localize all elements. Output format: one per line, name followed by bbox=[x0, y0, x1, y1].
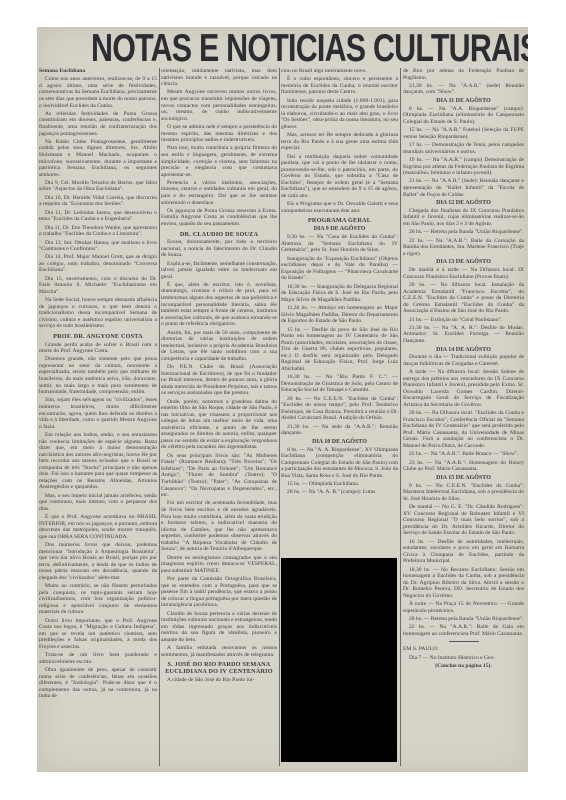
paragraph: Para isso, muito contribuía a própria fi… bbox=[161, 145, 277, 178]
paragraph: É que, além de escritor, isto é, novelis… bbox=[161, 282, 277, 328]
section-heading: PROF. DR. ANGYONE COSTA bbox=[39, 333, 157, 340]
paragraph: Pertencia a vários institutos, associaçõ… bbox=[161, 180, 277, 206]
paragraph: Assim, foi, por mais de 50 anos, compone… bbox=[161, 330, 277, 363]
paragraph: Explica-se, fàcilmente, semelhante const… bbox=[161, 261, 277, 281]
paragraph: Chegada dos finalistas do IX Concurso Pi… bbox=[403, 208, 524, 228]
paragraph: de Box por atletas da Federação Paulista… bbox=[403, 68, 524, 81]
paragraph: Obra igualmente de peso, apesar de consi… bbox=[39, 667, 157, 700]
paragraph: Na Rádio Clube Pontagrossense, gentilmen… bbox=[39, 139, 157, 178]
paragraph: Como nos anos anteriores, realizou-se, d… bbox=[39, 76, 157, 109]
paragraph: 20 hs. — No C.E.E.N. "Euclides da Cunha"… bbox=[281, 396, 398, 422]
paragraph: De manhã e à tarde — Na Difusora local: … bbox=[403, 267, 524, 280]
paragraph: Dia 11, Dr. Eno Theodoro Wanke, que apre… bbox=[39, 225, 157, 238]
section-lead: Semana Euclidiana bbox=[39, 68, 157, 75]
day-heading: DIA 12 DE AGÔSTO bbox=[403, 200, 524, 207]
paragraph: 16,30 hs. — No "Rio Pardo F. C.": — Demo… bbox=[281, 374, 398, 394]
paragraph: Dia 13, Snr. Ottokar Hanna, que analisou… bbox=[39, 240, 157, 253]
paragraph: Trata-se de um livro bem ponderado e adm… bbox=[39, 652, 157, 665]
paragraph: 19 hs. — Na "A.A.R." (campo) Demonstraçã… bbox=[403, 157, 524, 177]
paragraph: Onde, porém, notarmos a grandeza dalma d… bbox=[161, 399, 277, 451]
paragraph: Mas, o seu ímpeto inicial jamais arrefec… bbox=[39, 493, 157, 513]
paragraph: Dos inúmeros livros que deixou, podemos … bbox=[39, 542, 157, 581]
paragraph: Dia 15, encerramento, com o discurso do … bbox=[39, 276, 157, 296]
paragraph: 17 hs. — Demonstração de Tenis, pelos ca… bbox=[403, 142, 524, 155]
paragraph: 11,30 hs. — Almôço em homenagem ao Major… bbox=[281, 305, 398, 325]
column-4: de Box por atletas da Federação Paulista… bbox=[403, 68, 524, 768]
separator-rule bbox=[449, 641, 479, 642]
paragraph: 20 hs. — Na Difusora local. "Euclides da… bbox=[403, 410, 524, 449]
column-2: orientação, nitidamente nativista, mas d… bbox=[161, 68, 277, 768]
paragraph: Outro livro importante, que o Prof. Angy… bbox=[39, 618, 157, 651]
paragraph: Ecoou, dolorosamente, por todo o territó… bbox=[161, 239, 277, 259]
paragraph: Por parte da Comissão Ortográfica Brasil… bbox=[161, 576, 277, 609]
paragraph: Dentre os neologismos consagrados que o … bbox=[161, 555, 277, 575]
paragraph: 21,30 hs. — Na "A. A. R.": Desfile de Mo… bbox=[403, 325, 524, 345]
paragraph: 9,30 hs. — Na "Casa de Euclides da Cunha… bbox=[281, 234, 398, 254]
paragraph: 22 hs. — Na "A.A.R.": Baile da Coroação … bbox=[403, 238, 524, 258]
paragraph: 10,30 hs. — Inauguração da Delegacia Reg… bbox=[281, 284, 398, 304]
paragraph: 22 hs. — Na "A.A.R.": Baile de Gala em h… bbox=[403, 624, 524, 637]
paragraph: 15 hs. — Desfile do povo de São José do … bbox=[281, 327, 398, 373]
paragraph: 21,30 hs. — Na "A.A.R." (sede) Reunião d… bbox=[403, 83, 524, 96]
section-heading: S. JOSÉ DO RIO PARDO SEMANA EUCLIDIANA D… bbox=[161, 661, 277, 675]
paragraph: O que se admira nele é sempre a persistê… bbox=[161, 124, 277, 144]
paragraph: 8 hs. — Na "A. A. Riopardense", XV Olimp… bbox=[281, 447, 398, 480]
paragraph: É que o Prof. Angyone acreditava no BRAS… bbox=[39, 514, 157, 540]
masthead-title: NOTAS E NOTICIAS CULTURAIS bbox=[91, 29, 474, 67]
paragraph: 23 hs. — Na "A.A.R.": Homenagem do Rotar… bbox=[403, 460, 524, 473]
paragraph: As referidas festividades de Ponta Gross… bbox=[39, 111, 157, 137]
paragraph: A família enlutada renovamos os nossos s… bbox=[161, 645, 277, 658]
paragraph: orientação, nitidamente nativista, mas d… bbox=[161, 68, 277, 88]
paragraph: 15 hs. — Na "A.A.R." Futebol (Seleção da… bbox=[403, 127, 524, 140]
paragraph: É o culto espontâneo, sincero e persiste… bbox=[281, 76, 398, 96]
newspaper-page: NOTAS E NOTICIAS CULTURAIS Semana Euclid… bbox=[37, 27, 528, 772]
paragraph: 16 hs. — Desfile de autoridades, intelec… bbox=[403, 539, 524, 565]
day-heading: DIA 15 DE AGÔSTO bbox=[403, 475, 524, 482]
paragraph: Inauguração da "Exposição Euclidiana" (O… bbox=[281, 256, 398, 282]
paragraph: Mestre Angyone escreveu muitos outros li… bbox=[161, 89, 277, 122]
paragraph: De manhã — No G. E. "Dr. Cândido Rodrigu… bbox=[403, 504, 524, 537]
continuation-note: (Conclue na página 15). bbox=[403, 663, 524, 670]
paragraph: Cláudio de Souza pertencia a várias deze… bbox=[161, 611, 277, 644]
paragraph: Eis o Programa que o Dr. Oswaldo Galotti… bbox=[281, 201, 398, 214]
paragraph: Grande perda acaba de sofrer o Brasil co… bbox=[39, 342, 157, 355]
day-heading: DIA 11 DE AGÔSTO bbox=[403, 98, 524, 105]
paragraph: Em relação aos índios, então, o seu entu… bbox=[39, 432, 157, 491]
paragraph: 20 hs. — Retreta pela Banda "União Riopa… bbox=[403, 229, 524, 236]
column-divider bbox=[279, 68, 280, 766]
paragraph: Dia 7 — No Instituto Histórico e Geo- bbox=[403, 655, 524, 662]
paragraph: Muito ao contrário, se não fôssem pertur… bbox=[39, 583, 157, 616]
section-heading: PROGRAMA GERAL bbox=[281, 217, 398, 224]
paragraph: Do P.E.N. Clube do Brasil (Associação In… bbox=[161, 364, 277, 397]
paragraph: A cidade de São José do Rio Pardo ini- bbox=[161, 677, 277, 684]
paragraph: Dizemos grande, não sòmente pelo que pos… bbox=[39, 356, 157, 395]
paragraph: 20 hs. — Na "A. A. R." (campo): Lutas bbox=[281, 489, 398, 496]
paragraph: 15 hs. — Olimpíada Euclidiana. bbox=[281, 481, 398, 488]
day-heading: DIA 9 DE AGÔSTO bbox=[281, 226, 398, 233]
day-heading: DIA 14 DE AGÔSTO bbox=[403, 347, 524, 354]
paragraph: Dia 10, Dr. Heraldo Vidal Correia, que d… bbox=[39, 195, 157, 208]
paragraph: 18,30 hs. — No Recanto Euclidiano: Sessã… bbox=[403, 567, 524, 600]
paragraph: Dia 9, Cel. Murillo Teixeira de Barros, … bbox=[39, 180, 157, 193]
paragraph: 22 hs. — Na "A.A.R.": Baile Branco — "Sh… bbox=[403, 451, 524, 458]
paragraph: 20 hs. — Retreta pela Banda "União Riopa… bbox=[403, 616, 524, 623]
paragraph: 8 hs. — Na "A.A. Riopardense" (campo): O… bbox=[403, 106, 524, 126]
redaction-block bbox=[281, 558, 397, 762]
paragraph: Foi um escritor de acentuada fecundidade… bbox=[161, 500, 277, 552]
paragraph: 9 hs. — No C.E.E.N. "Euclides da Cunha":… bbox=[403, 483, 524, 503]
paragraph: ciou no Brasil algo inteiramente novo. bbox=[281, 68, 398, 75]
column-divider bbox=[159, 68, 160, 766]
paragraph: Os seus principais livros são: "As Mulhe… bbox=[161, 453, 277, 499]
paragraph: Daí a retribuição daquela nobre comunida… bbox=[281, 154, 398, 200]
paragraph: 20 hs. — Na difusora local. Instalação d… bbox=[403, 282, 524, 315]
paragraph: Na Sede Social, houve sempre desusada af… bbox=[39, 297, 157, 330]
day-heading: DIA 13 DE AGÔSTO bbox=[403, 259, 524, 266]
paragraph: EM S. PAULO: bbox=[403, 646, 524, 653]
day-heading: DIA 10 DE AGÔSTO bbox=[281, 439, 398, 446]
paragraph: Mas, acresce ter êle sempre dedicado à g… bbox=[281, 132, 398, 152]
section-heading: DR. CLAUDIO DE SOUZA bbox=[161, 231, 277, 238]
paragraph: 21 hs. — Na "A.A.R." (Sede): Reunião dan… bbox=[403, 178, 524, 198]
paragraph: Dia 11, Dr. Leônidas Justus, que desenvo… bbox=[39, 210, 157, 223]
paragraph: Os jagunços de Ponta Grossa renovam à Ex… bbox=[161, 208, 277, 228]
paragraph: Dia 14, Prof. Major Manoel Grott, que se… bbox=[39, 254, 157, 274]
column-divider bbox=[400, 68, 401, 766]
paragraph: 21,30 hs. — Na sede da "A.A.R.": Reunião… bbox=[281, 424, 398, 437]
paragraph: Indo residir naquela cidade (1.898-1.901… bbox=[281, 98, 398, 131]
paragraph: À noite — Na Praça 15 de Novembro: — Gra… bbox=[403, 601, 524, 614]
paragraph: A tarde — Na difusora local: Sessão Sole… bbox=[403, 369, 524, 408]
column-1: Semana EuclidianaComo nos anos anteriore… bbox=[39, 68, 157, 768]
paragraph: Sim, sejam êles selvagens ou "civilizado… bbox=[39, 397, 157, 430]
paragraph: 21 hs. — Exibição do "Coral Paulistano". bbox=[403, 317, 524, 324]
paragraph: Durante o dia — Tradicional exibição pop… bbox=[403, 354, 524, 367]
